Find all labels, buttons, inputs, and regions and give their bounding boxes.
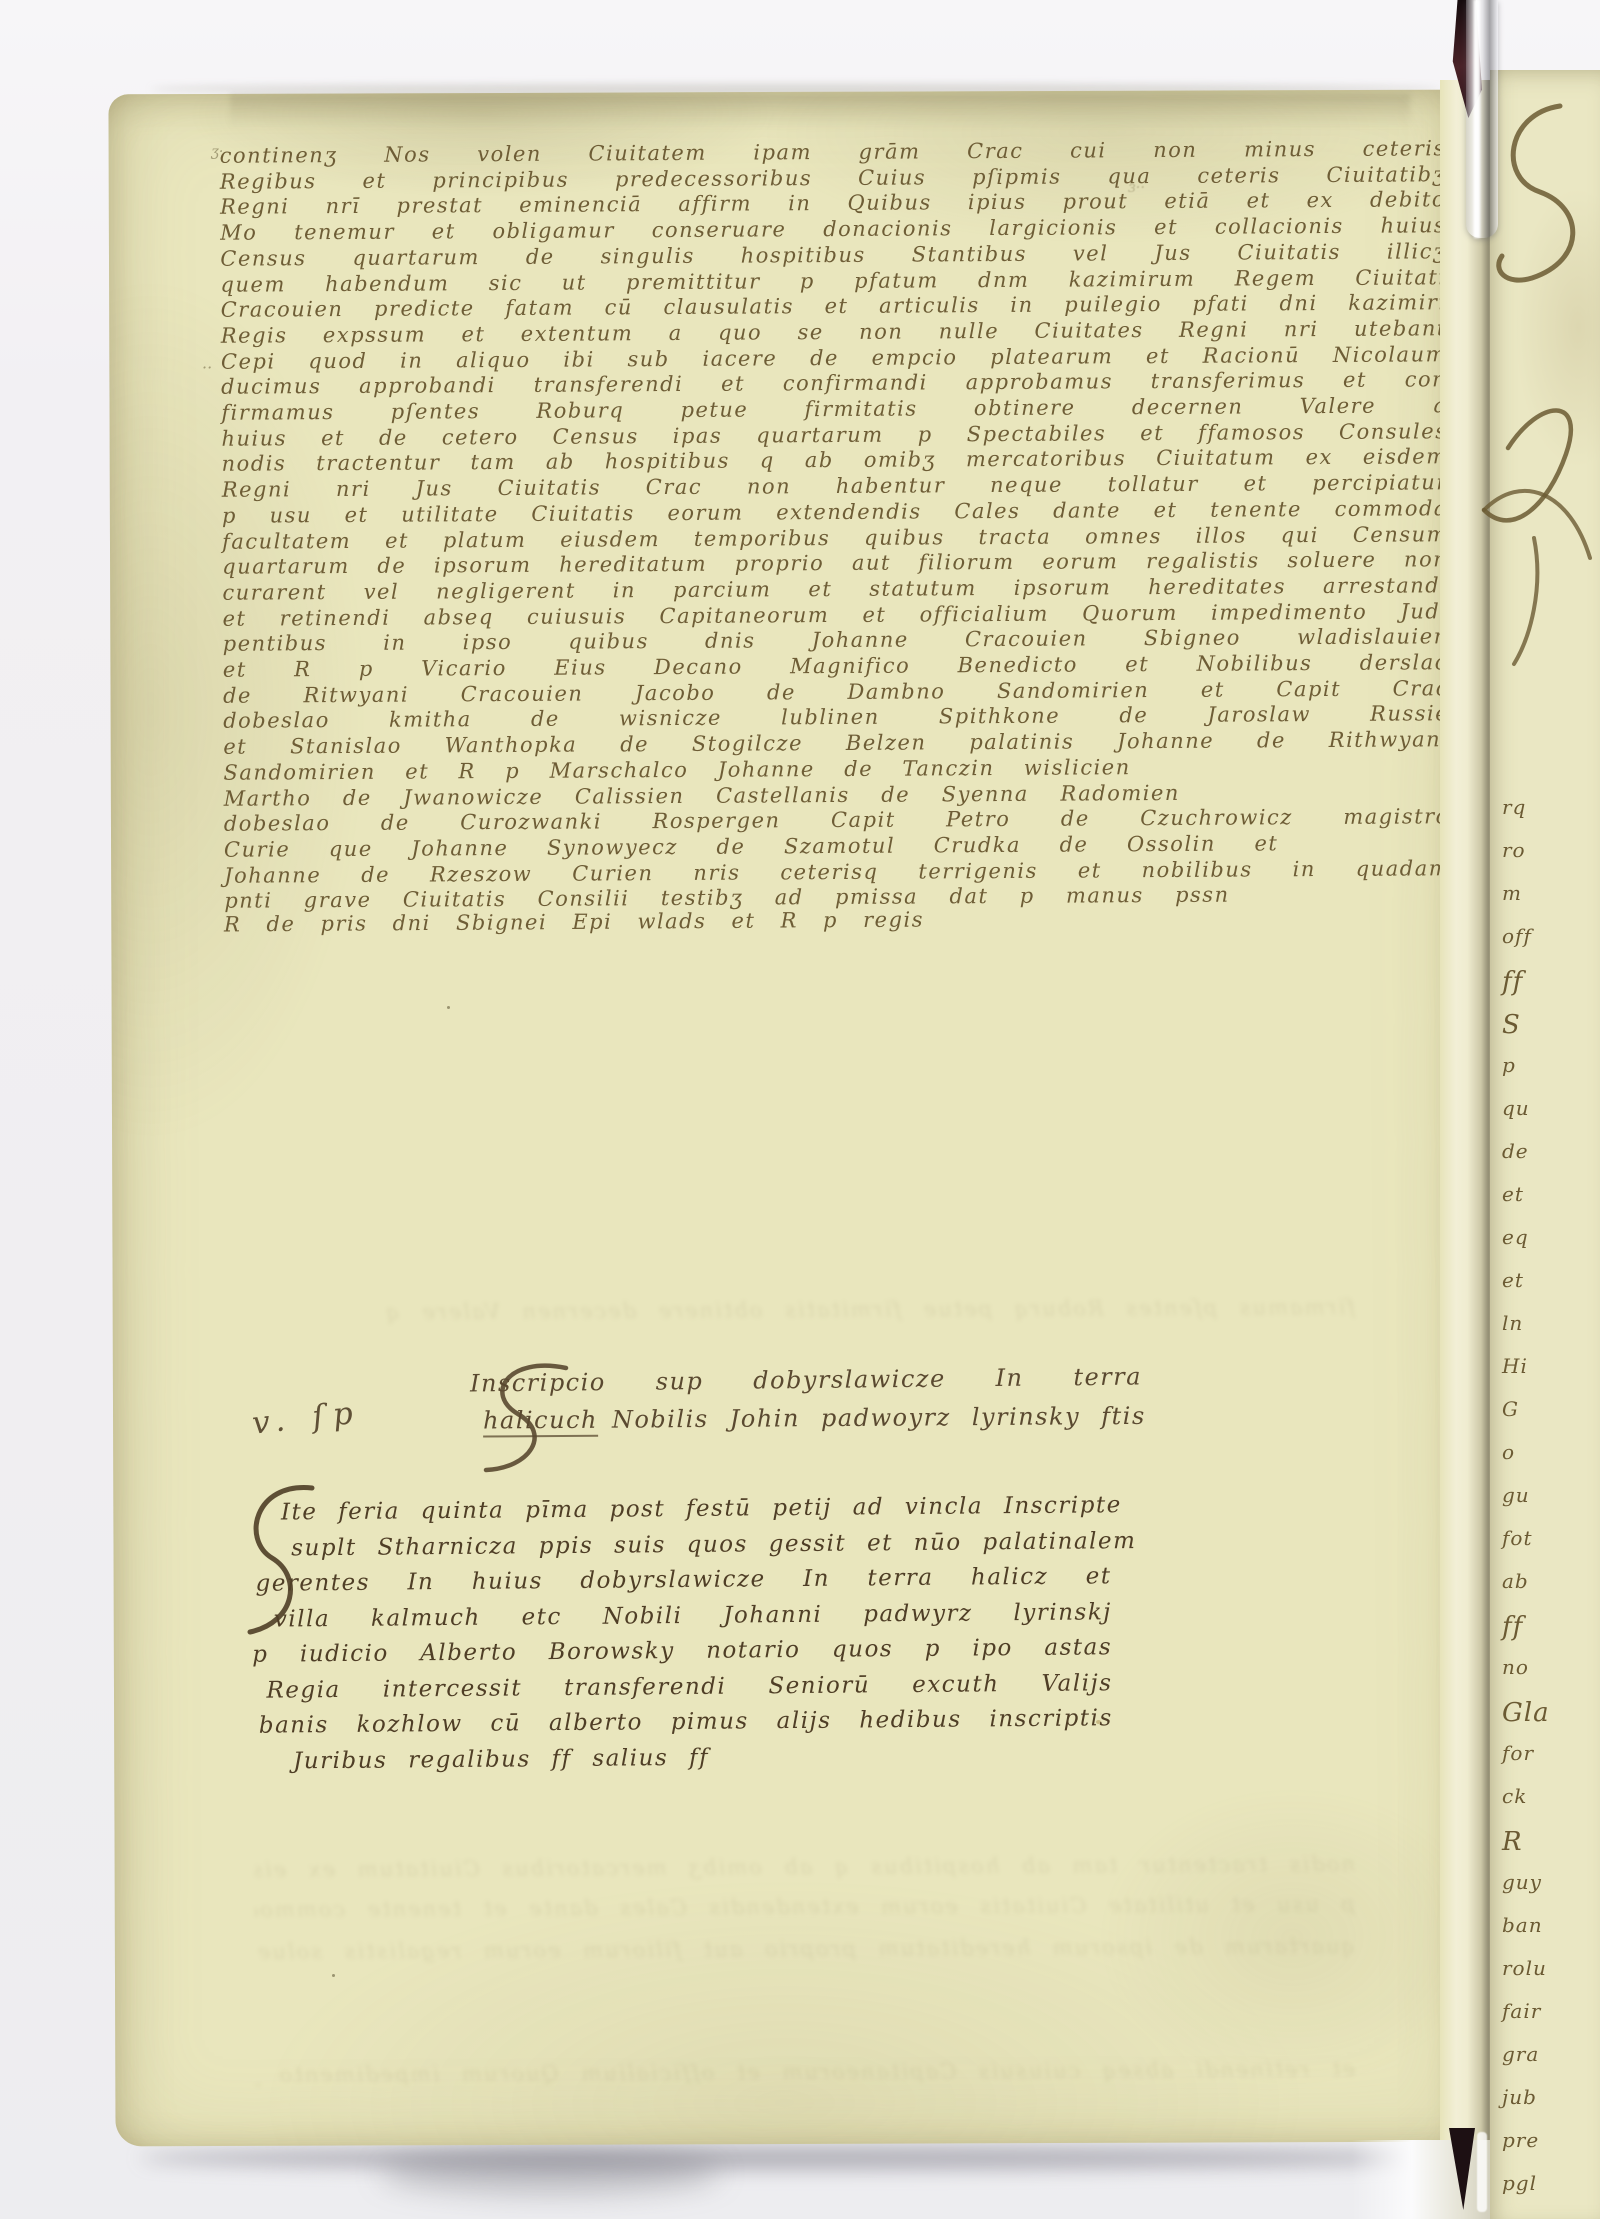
edge-text-fragment: S — [1502, 1010, 1521, 1040]
edge-text-fragment: qu — [1502, 1096, 1530, 1120]
edge-text-fragment: m — [1502, 881, 1522, 905]
edge-text-fragment: ro — [1502, 838, 1526, 862]
edge-text-fragment: no — [1502, 1655, 1529, 1679]
edge-text-fragment: eq — [1502, 1225, 1529, 1249]
glass-reflection-bottom — [1477, 2132, 1487, 2212]
facing-page-text-fragments: rqromoffffSpqudeeteqetlnHiGogufotabffnoG… — [1490, 0, 1600, 2219]
edge-text-fragment: Hi — [1502, 1354, 1528, 1378]
page-bottom-shadow-soft — [380, 2152, 720, 2194]
edge-text-fragment: ln — [1502, 1311, 1523, 1335]
edge-text-fragment: et — [1502, 1268, 1524, 1292]
manuscript-line: banis kozhlow cū alberto pimus alijs hed… — [259, 1701, 1113, 1744]
glass-highlight — [1474, 0, 1480, 238]
edge-text-fragment: ff — [1502, 1612, 1523, 1642]
edge-text-fragment: fair — [1502, 1999, 1541, 2023]
edge-text-fragment: et — [1502, 1182, 1524, 1206]
margin-ink-dot: ·· — [202, 358, 212, 377]
page-bottom-shadow — [140, 2146, 1430, 2170]
edge-text-fragment: gra — [1502, 2042, 1539, 2066]
edge-text-fragment: rq — [1502, 795, 1526, 819]
underlined-word: halicuch — [483, 1406, 598, 1438]
second-paragraph: Ite feria quinta pīma post festū petij a… — [251, 1488, 1113, 1779]
ink-speck — [332, 1974, 335, 1977]
edge-text-fragment: jub — [1502, 2085, 1537, 2109]
edge-text-fragment: pre — [1502, 2128, 1539, 2152]
glass-page-weight — [1466, 0, 1498, 238]
edge-text-fragment: o — [1502, 1440, 1515, 1464]
manuscript-photo: { "document": { "kind": "medieval Latin … — [0, 0, 1600, 2219]
edge-text-fragment: fot — [1502, 1526, 1532, 1550]
ink-speck — [447, 1006, 450, 1009]
edge-text-fragment: p — [1502, 1053, 1516, 1077]
edge-text-fragment: guy — [1502, 1870, 1542, 1894]
heading-line-2: halicuchNobilis Johin padwoyrz lyrinsky … — [483, 1401, 1207, 1434]
edge-text-fragment: pgl — [1502, 2171, 1537, 2195]
edge-text-fragment: off — [1502, 924, 1532, 948]
closing-line: R de pris dni Sbignei Epi wlads et R p r… — [224, 907, 924, 938]
heading-line-2-rest: Nobilis Johin padwoyrz lyrinsky ftis — [612, 1402, 1146, 1434]
edge-text-fragment: ff — [1502, 967, 1523, 997]
edge-text-fragment: ab — [1502, 1569, 1529, 1593]
manuscript-line: Juribus regalibus ff salius ff — [293, 1740, 792, 1780]
edge-text-fragment: R — [1502, 1827, 1523, 1857]
edge-text-fragment: Gla — [1502, 1698, 1550, 1728]
edge-text-fragment: G — [1502, 1397, 1519, 1421]
main-paragraph: continenʒ Nos volen Ciuitatem ipam grām … — [220, 136, 1451, 915]
edge-text-fragment: de — [1502, 1139, 1529, 1163]
edge-text-fragment: rolu — [1502, 1956, 1547, 1980]
edge-text-fragment: ban — [1502, 1913, 1543, 1937]
parchment-top-stain — [230, 94, 1410, 128]
edge-text-fragment: ck — [1502, 1784, 1527, 1808]
edge-text-fragment: gu — [1502, 1483, 1530, 1507]
edge-text-fragment: for — [1502, 1741, 1534, 1765]
